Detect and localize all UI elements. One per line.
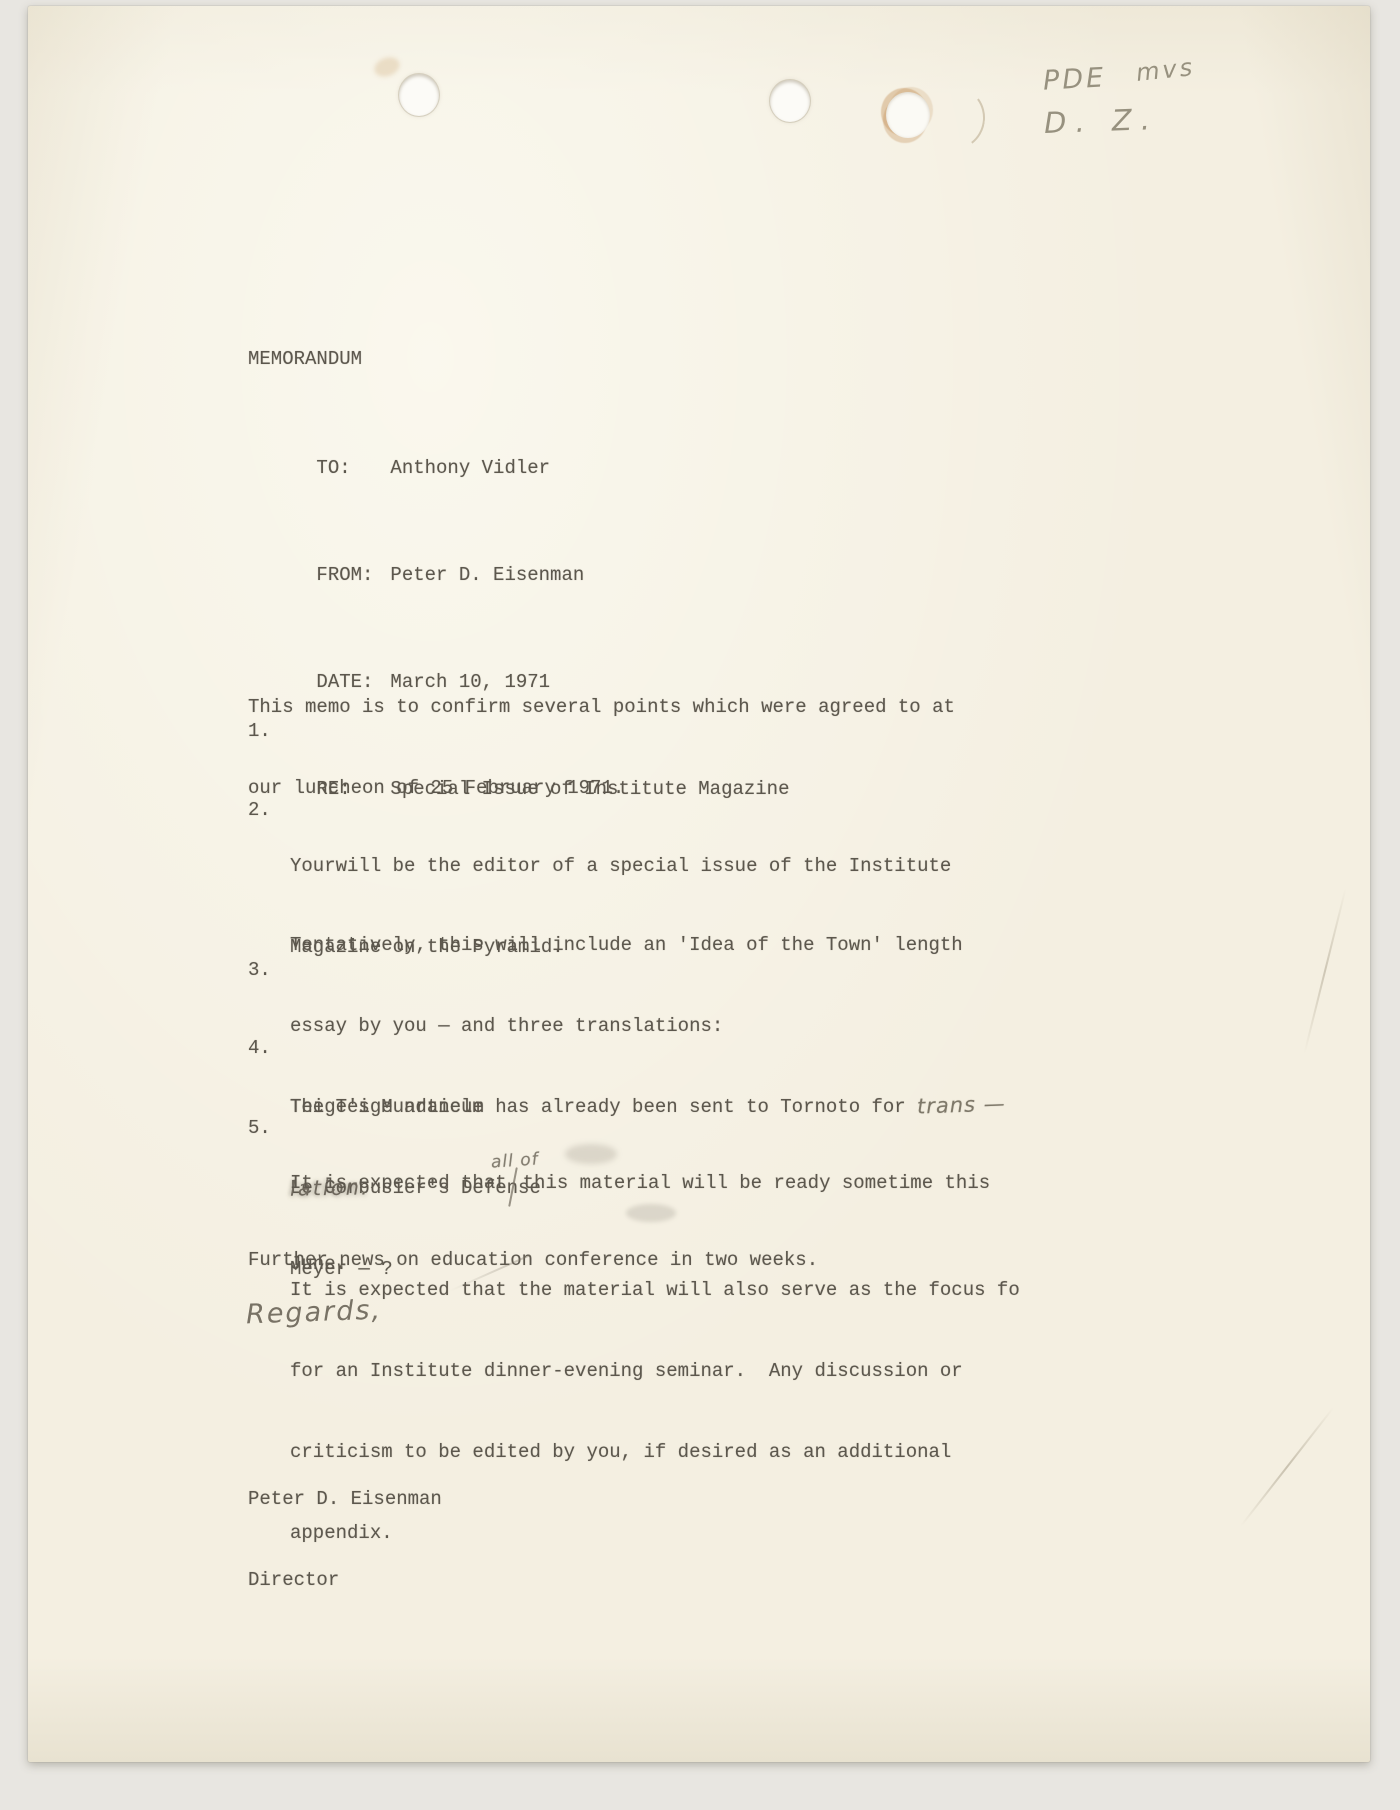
- ink-smudge: [626, 1204, 676, 1222]
- pencil-annotation-note: mvs: [1135, 53, 1197, 87]
- header-value: Peter D. Eisenman: [390, 564, 584, 586]
- handwritten-valediction: Regards,: [246, 1295, 383, 1331]
- header-value: Anthony Vidler: [390, 457, 550, 479]
- item-number: 5.: [248, 1115, 271, 1142]
- pencil-annotation-initials: PDE: [1042, 62, 1107, 96]
- pencil-annotation-line2: D. Z.: [1043, 102, 1159, 140]
- header-row-to: TO:Anthony Vidler: [248, 428, 790, 509]
- header-label: TO:: [316, 455, 390, 482]
- rust-stain: [372, 54, 403, 80]
- signature-name: Peter D. Eisenman: [248, 1486, 442, 1513]
- pencil-arc-mark: [919, 82, 989, 154]
- item-number: 4.: [248, 1035, 271, 1062]
- item-line: It is expected that the material will al…: [290, 1277, 1020, 1304]
- item-number: 1.: [248, 718, 271, 745]
- signature-block: Peter D. Eisenman Director: [248, 1432, 442, 1648]
- memo-title: MEMORANDUM: [248, 346, 362, 373]
- header-row-from: FROM:Peter D. Eisenman: [248, 535, 790, 616]
- punch-hole-icon: [399, 74, 439, 116]
- paper-crease: [1303, 888, 1346, 1053]
- item-line: Tentatively, this will include an 'Idea …: [290, 932, 963, 959]
- item-number: 3.: [248, 957, 271, 984]
- closing-line: Further news on education conference in …: [248, 1247, 818, 1274]
- signature-title: Director: [248, 1567, 442, 1594]
- intro-line: This memo is to confirm several points w…: [248, 694, 955, 721]
- paper-crease: [1240, 1407, 1334, 1526]
- header-label: FROM:: [316, 562, 390, 589]
- item-line: for an Institute dinner-evening seminar.…: [290, 1358, 1020, 1385]
- item-number: 2.: [248, 797, 271, 824]
- memo-paper-sheet: PDE mvs D. Z. MEMORANDUM TO:Anthony Vidl…: [28, 6, 1370, 1762]
- punch-hole-icon: [770, 80, 810, 122]
